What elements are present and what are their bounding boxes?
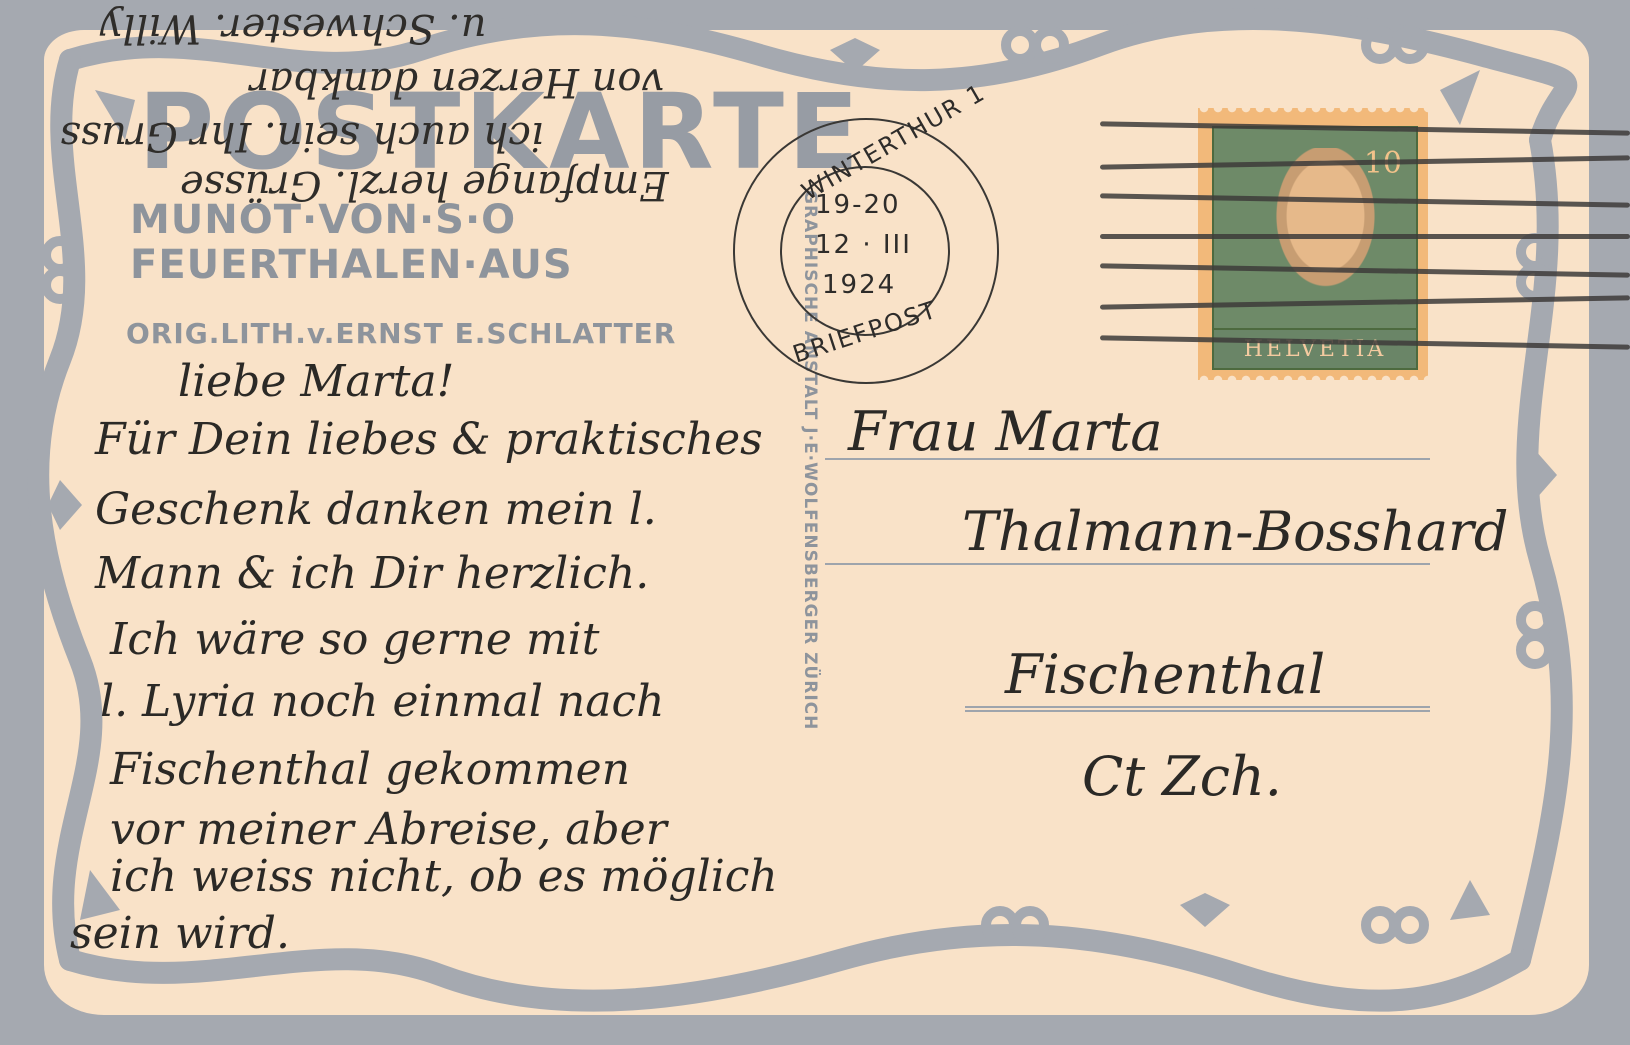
- upside-line-3: ich auch sein. Ihr Gruss: [60, 116, 544, 156]
- postcard: POSTKARTE MUNOT·VON·S·O FEUERTHALEN·AUS …: [0, 0, 1630, 1045]
- message-line-7: vor meiner Abreise, aber: [110, 808, 667, 852]
- message-line-3: Mann & ich Dir herzlich.: [95, 552, 649, 596]
- address-rule-3: [965, 706, 1430, 708]
- subtitle-line-2: FEUERTHALEN·AUS: [130, 245, 573, 285]
- message-line-5: l. Lyria noch einmal nach: [100, 680, 664, 724]
- salutation: liebe Marta!: [178, 360, 454, 404]
- message-line-8: ich weiss nicht, ob es möglich: [110, 855, 778, 899]
- upside-line-4: Empfange herzl. Grüsse: [180, 165, 669, 205]
- address-line-4: Ct Zch.: [1082, 750, 1282, 804]
- message-line-1: Für Dein liebes & praktisches: [95, 418, 763, 462]
- upside-line-1: u. Schwester. Willy: [100, 8, 486, 48]
- upside-line-2: von Herzen dankbar: [250, 62, 664, 102]
- address-line-1: Frau Marta: [848, 405, 1163, 459]
- message-line-9: sein wird.: [70, 912, 290, 956]
- postmark-date: 12 · III: [815, 230, 912, 260]
- stamp-country: HELVETIA: [1214, 328, 1416, 368]
- postmark-year: 1924: [822, 270, 896, 300]
- message-line-2: Geschenk danken mein l.: [95, 488, 657, 532]
- address-rule-3b: [965, 710, 1430, 712]
- address-rule-2: [825, 563, 1430, 565]
- address-line-2: Thalmann-Bosshard: [962, 505, 1508, 559]
- message-line-4: Ich wäre so gerne mit: [110, 618, 599, 662]
- artist-credit: ORIG.LITH.v.ERNST E.SCHLATTER: [126, 320, 676, 348]
- address-line-3: Fischenthal: [1005, 648, 1325, 702]
- message-line-6: Fischenthal gekommen: [110, 748, 630, 792]
- postmark-time: 19-20: [815, 190, 901, 220]
